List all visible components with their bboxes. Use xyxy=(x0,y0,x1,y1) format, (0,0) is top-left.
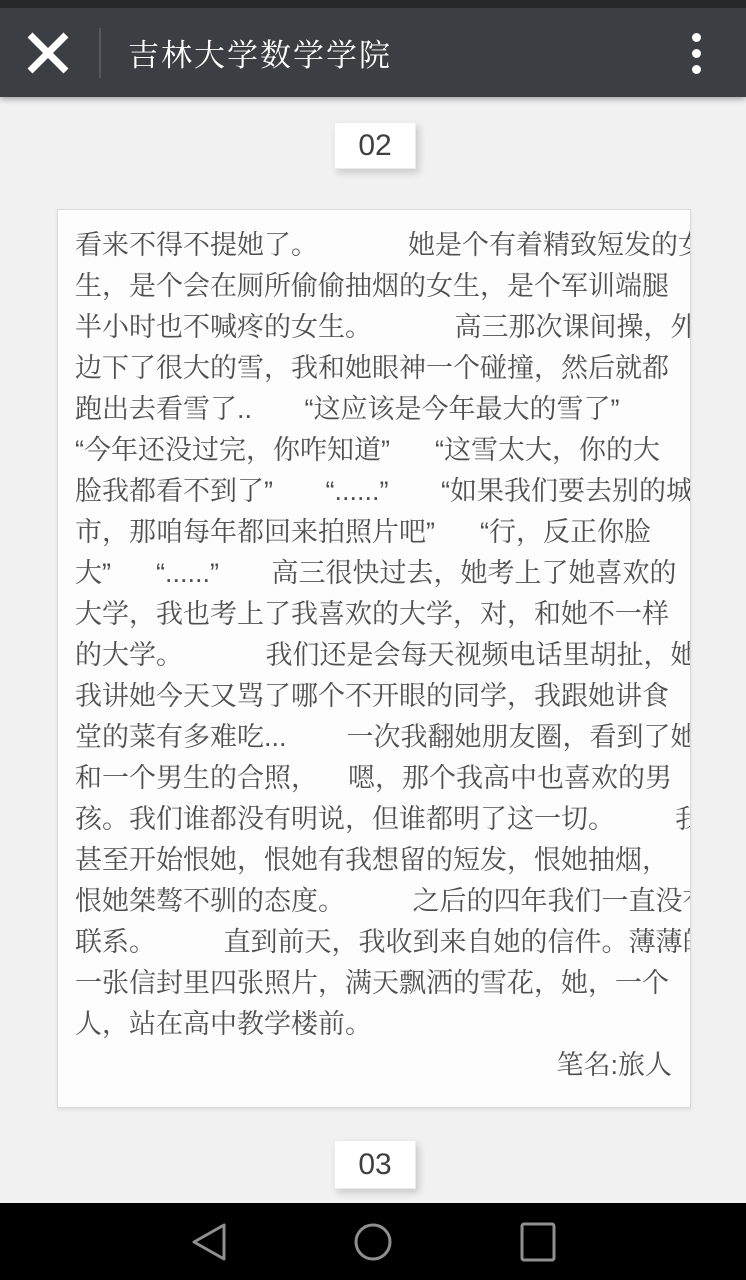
android-nav-bar xyxy=(0,1203,746,1280)
close-button[interactable] xyxy=(24,29,76,77)
nav-back-icon xyxy=(188,1221,228,1263)
close-icon xyxy=(24,31,76,75)
more-menu-button[interactable] xyxy=(672,24,720,82)
article-signature: 笔名:旅人 xyxy=(58,1045,690,1086)
section-number-text: 03 xyxy=(358,1148,391,1182)
section-number-03: 03 xyxy=(334,1140,416,1189)
nav-recents-icon xyxy=(518,1221,558,1263)
section-number-02: 02 xyxy=(334,122,416,169)
nav-recents-button[interactable] xyxy=(493,1203,583,1280)
kebab-menu-icon xyxy=(692,33,701,74)
article-card: 看来不得不提她了。 她是个有着精致短发的女 生，是个会在厕所偷偷抽烟的女生，是个… xyxy=(57,209,691,1108)
nav-home-button[interactable] xyxy=(328,1203,418,1280)
nav-back-button[interactable] xyxy=(163,1203,253,1280)
section-number-text: 02 xyxy=(358,129,391,163)
page-title: 吉林大学数学学院 xyxy=(128,0,392,97)
header-divider xyxy=(99,28,101,78)
nav-home-icon xyxy=(352,1221,394,1263)
article-body-text: 看来不得不提她了。 她是个有着精致短发的女 生，是个会在厕所偷偷抽烟的女生，是个… xyxy=(58,210,690,1045)
header: 吉林大学数学学院 xyxy=(0,0,746,97)
